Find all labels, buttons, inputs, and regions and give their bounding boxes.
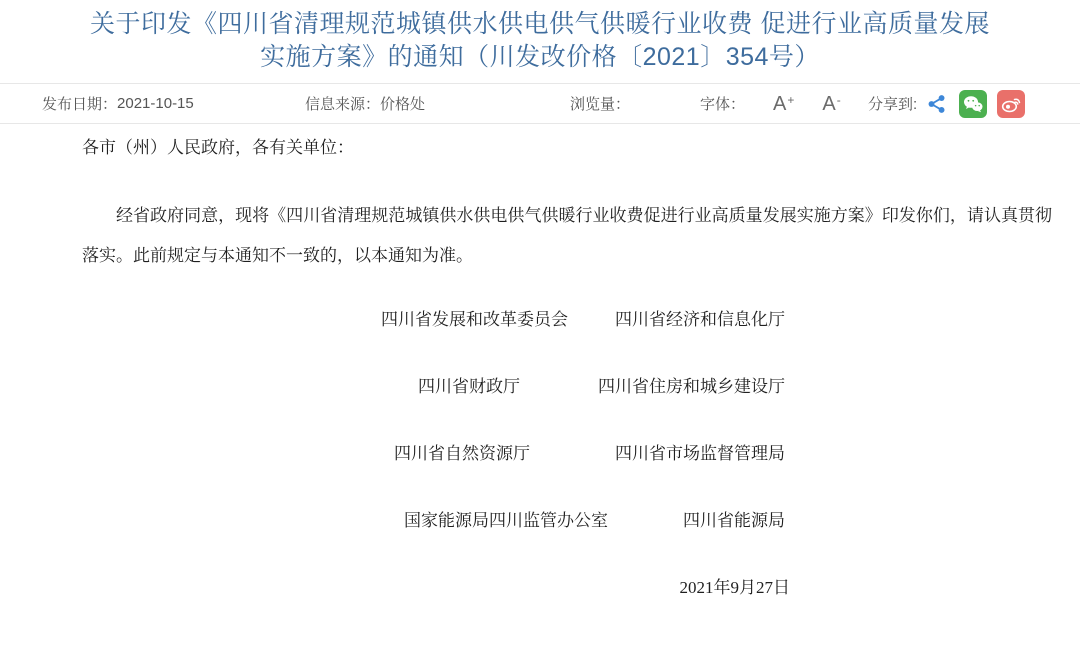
signature-row: 四川省自然资源厅 四川省市场监督管理局 [82,442,785,466]
notice-paragraph: 经省政府同意，现将《四川省清理规范城镇供水供电供气供暖行业收费促进行业高质量发展… [82,196,1052,276]
page-title: 关于印发《四川省清理规范城镇供水供电供气供暖行业收费 促进行业高质量发展 实施方… [0,0,1080,74]
share-label: 分享到: [868,93,917,114]
publish-date-label: 发布日期： [42,93,117,114]
meta-bar: 发布日期： 2021-10-15 信息来源： 价格处 浏览量： 字体： A + … [0,83,1080,124]
font-increase-button[interactable]: A + [773,94,794,114]
signature-row: 国家能源局四川监管办公室 四川省能源局 [82,509,785,533]
view-count: 浏览量： [570,84,630,123]
signature-row: 四川省财政厅 四川省住房和城乡建设厅 [82,375,785,399]
page-title-line2: 实施方案》的通知（川发改价格〔2021〕354号） [0,41,1080,74]
signature-block: 四川省发展和改革委员会 四川省经济和信息化厅 四川省财政厅 四川省住房和城乡建设… [82,308,785,533]
font-decrease-button[interactable]: A - [822,94,840,114]
signature-left: 四川省财政厅 [418,375,520,399]
share-icon-group [925,90,1025,118]
document-date: 2021年9月27日 [82,576,790,600]
info-source: 信息来源： 价格处 [305,84,425,123]
signature-row: 四川省发展和改革委员会 四川省经济和信息化厅 [82,308,785,332]
signature-right: 四川省能源局 [683,509,785,533]
info-source-value: 价格处 [380,93,425,114]
view-count-label: 浏览量： [570,93,630,114]
page-title-line1: 关于印发《四川省清理规范城镇供水供电供气供暖行业收费 促进行业高质量发展 [0,8,1080,41]
font-size-label: 字体： [700,93,745,114]
notice-page: 关于印发《四川省清理规范城镇供水供电供气供暖行业收费 促进行业高质量发展 实施方… [0,0,1080,648]
font-size-controls: 字体： A + A - [700,84,841,123]
signature-left: 国家能源局四川监管办公室 [404,509,608,533]
share-section: 分享到: [868,84,1025,123]
document-body: 各市（州）人民政府，各有关单位： 经省政府同意，现将《四川省清理规范城镇供水供电… [0,74,1080,600]
weibo-share-icon[interactable] [997,90,1025,118]
signature-right: 四川省市场监督管理局 [615,442,785,466]
signature-right: 四川省住房和城乡建设厅 [598,375,785,399]
info-source-label: 信息来源： [305,93,380,114]
signature-left: 四川省发展和改革委员会 [381,308,568,332]
publish-date-value: 2021-10-15 [117,95,194,112]
share-nodes-icon[interactable] [925,92,949,116]
signature-right: 四川省经济和信息化厅 [615,308,785,332]
publish-date: 发布日期： 2021-10-15 [42,84,194,123]
wechat-share-icon[interactable] [959,90,987,118]
signature-left: 四川省自然资源厅 [394,442,530,466]
